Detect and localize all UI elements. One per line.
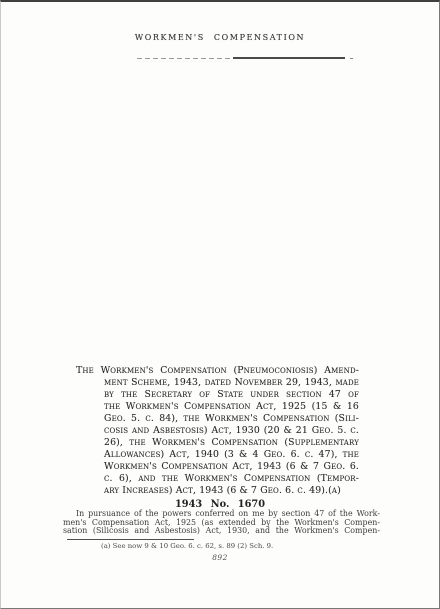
caption-line: cosis and Asbestosis) Act, 1930 (20 & 21… [104,425,359,437]
caption-line: 26), the Workmen's Compensation (Supplem… [104,437,359,449]
page-number: 892 [1,553,439,562]
caption-line: by the Secretary of State under section … [104,389,359,401]
paragraph-line: sation (Silicosis and Asbestosis) Act, 1… [63,527,380,536]
header-divider-rule [137,57,353,59]
running-head: Workmen's Compensation [1,33,439,42]
caption-line: Allowances) Act, 1940 (3 & 4 Geo. 6. c. … [104,449,359,461]
caption-line: ment Scheme, 1943, dated November 29, 19… [104,377,359,389]
header-rule-solid-segment [233,57,345,59]
caption-line: the Workmen's Compensation Act, 1925 (15… [104,401,359,413]
caption-line: c. 6), and the Workmen's Compensation (T… [104,473,359,485]
caption-line: The Workmen's Compensation (Pneumoconios… [76,365,359,377]
footnote-separator-rule [67,539,194,540]
footnote-text: (a) See now 9 & 10 Geo. 6. c. 62, s. 89 … [101,542,381,550]
caption-line: ary Increases) Act, 1943 (6 & 7 Geo. 6. … [104,485,359,497]
opening-paragraph: In pursuance of the powers conferred on … [63,510,380,536]
caption-line: Workmen's Compensation Act, 1943 (6 & 7 … [104,461,359,473]
header-rule-faint-segment [137,58,233,59]
scanned-document-page: Workmen's Compensation The Workmen's Com… [0,0,440,609]
caption-line: Geo. 5. c. 84), the Workmen's Compensati… [104,413,359,425]
caption-block: The Workmen's Compensation (Pneumoconios… [104,365,359,497]
